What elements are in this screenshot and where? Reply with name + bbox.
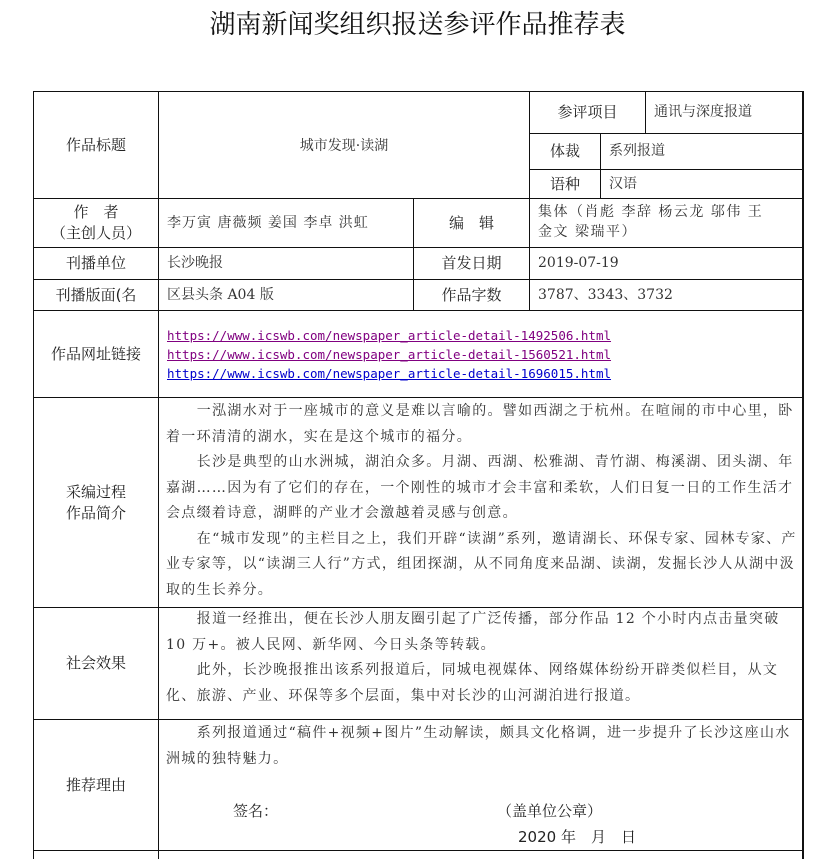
genre-label: 体裁 [529, 133, 600, 169]
word-count-label: 作品字数 [413, 279, 529, 310]
process-label: 采编过程 作品简介 [33, 397, 158, 607]
process-paragraph: 长沙是典型的山水洲城，湖泊众多。月湖、西湖、松雅湖、青竹湖、梅溪湖、团头湖、年嘉… [166, 450, 798, 527]
author-value: 李万寅 唐薇频 姜国 李卓 洪虹 [158, 198, 413, 247]
genre-value: 系列报道 [600, 133, 803, 169]
editor-value: 集体（肖彪 李辞 杨云龙 邬伟 王 金文 梁瑞平） [529, 198, 803, 247]
process-label-line2: 作品简介 [66, 503, 126, 524]
urls-list: https://www.icswb.com/newspaper_article-… [158, 310, 803, 397]
social-effect-paragraph: 此外，长沙晚报推出该系列报道后，同城电视媒体、网络媒体纷纷开辟类似栏目，从文化、… [166, 658, 798, 709]
trailing-row-value [158, 850, 803, 859]
language-value: 汉语 [600, 169, 803, 198]
recommendation-paragraph: 系列报道通过“稿件+视频+图片”生动解读，颇具文化格调，进一步提升了长沙这座山水… [166, 721, 798, 772]
social-effect-label: 社会效果 [33, 607, 158, 719]
editor-value-line2: 金文 梁瑞平） [538, 222, 637, 242]
date-line: 2020 年 月 日 [518, 826, 636, 847]
editor-value-line1: 集体（肖彪 李辞 杨云龙 邬伟 王 [538, 202, 763, 222]
signature-label: 签名： [233, 800, 278, 821]
author-label: 作 者 （主创人员） [33, 198, 158, 247]
category-label: 参评项目 [529, 91, 645, 133]
publisher-label: 刊播单位 [33, 247, 158, 279]
editor-label: 编 辑 [413, 198, 529, 247]
recommendation-text: 系列报道通过“稿件+视频+图片”生动解读，颇具文化格调，进一步提升了长沙这座山水… [166, 721, 798, 772]
work-title-value: 城市发现·读湖 [158, 91, 529, 198]
social-effect-paragraph: 报道一经推出，便在长沙人朋友圈引起了广泛传播，部分作品 12 个小时内点击量突破… [166, 607, 798, 658]
process-paragraph: 一泓湖水对于一座城市的意义是难以言喻的。譬如西湖之于杭州。在喧闹的市中心里，卧着… [166, 399, 798, 450]
work-title-label: 作品标题 [33, 91, 158, 198]
social-effect-text: 报道一经推出，便在长沙人朋友圈引起了广泛传播，部分作品 12 个小时内点击量突破… [166, 607, 798, 709]
seal-label: （盖单位公章） [497, 800, 602, 821]
publisher-value: 长沙晚报 [158, 247, 413, 279]
article-link-3[interactable]: https://www.icswb.com/newspaper_article-… [167, 364, 611, 383]
process-label-line1: 采编过程 [66, 482, 126, 503]
article-link-2[interactable]: https://www.icswb.com/newspaper_article-… [167, 345, 611, 364]
page-title: 湖南新闻奖组织报送参评作品推荐表 [0, 4, 835, 41]
article-link-1[interactable]: https://www.icswb.com/newspaper_article-… [167, 326, 611, 345]
trailing-row-label [33, 850, 158, 859]
table-right-border [802, 91, 804, 859]
process-text: 一泓湖水对于一座城市的意义是难以言喻的。譬如西湖之于杭州。在喧闹的市中心里，卧着… [166, 399, 798, 603]
first-date-value: 2019-07-19 [529, 247, 803, 279]
first-date-label: 首发日期 [413, 247, 529, 279]
edition-label: 刊播版面(名 [33, 279, 158, 310]
category-value: 通讯与深度报道 [645, 91, 803, 133]
author-label-line2: （主创人员） [51, 223, 141, 244]
urls-label: 作品网址链接 [33, 310, 158, 397]
word-count-value: 3787、3343、3732 [529, 279, 803, 310]
language-label: 语种 [529, 169, 600, 198]
author-label-line1: 作 者 [73, 202, 118, 223]
edition-value: 区县头条 A04 版 [158, 279, 413, 310]
process-paragraph: 在“城市发现”的主栏目之上，我们开辟“读湖”系列，邀请湖长、环保专家、园林专家、… [166, 527, 798, 604]
recommendation-label: 推荐理由 [33, 719, 158, 850]
